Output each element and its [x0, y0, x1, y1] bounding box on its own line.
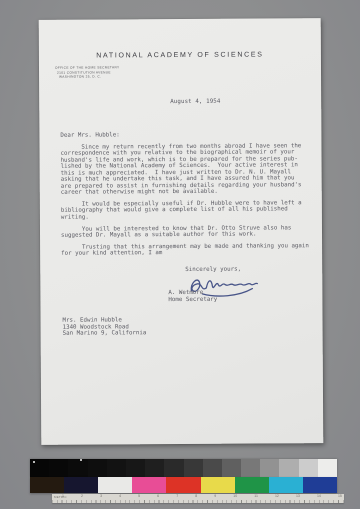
body-paragraph: Trusting that this arrangement may be ma…	[61, 243, 313, 258]
ruler-number: 15	[338, 494, 342, 498]
body-paragraph: You will be interested to know that Dr. …	[61, 225, 313, 240]
ruler-number: 1	[62, 494, 64, 498]
ruler-number: 8	[195, 494, 197, 498]
typed-signer-title: Home Secretary	[168, 297, 217, 303]
grayscale-step	[318, 459, 337, 477]
grayscale-step	[107, 459, 126, 477]
ruler-number: 5	[138, 494, 140, 498]
grayscale-step	[145, 459, 164, 477]
ruler-number: 11	[254, 494, 258, 498]
color-patch-white	[98, 477, 132, 493]
grayscale-calibration-bar	[30, 459, 337, 477]
color-patch-yellow	[201, 477, 235, 493]
ruler-ticks	[52, 500, 344, 503]
ruler-numbers: 123456789101112131415	[62, 494, 342, 498]
recipient-address: Mrs. Edwin Hubble1340 Woodstock RoadSan …	[63, 317, 147, 337]
letter-body: Dear Mrs. Hubble: Since my return recent…	[60, 131, 313, 262]
grayscale-step	[260, 459, 279, 477]
color-patch-blue	[303, 477, 337, 493]
ruler-strip: METRIC 123456789101112131415	[52, 494, 344, 503]
grayscale-step	[164, 459, 183, 477]
color-patch-magenta	[132, 477, 166, 493]
color-calibration-bar	[30, 477, 337, 493]
ruler-number: 4	[119, 494, 121, 498]
grayscale-step	[49, 459, 68, 477]
grayscale-step	[279, 459, 298, 477]
ruler-number: 12	[275, 494, 279, 498]
grayscale-step	[299, 459, 318, 477]
grayscale-step	[126, 459, 145, 477]
body-paragraph: It would be especially useful if Dr. Hub…	[61, 200, 313, 221]
ruler-number: 3	[100, 494, 102, 498]
ruler-number: 9	[214, 494, 216, 498]
dust-speck	[80, 459, 82, 461]
dust-speck	[33, 461, 35, 463]
grayscale-step	[68, 459, 87, 477]
salutation: Dear Mrs. Hubble:	[60, 131, 312, 139]
ruler-number: 14	[317, 494, 321, 498]
archival-scan: NATIONAL ACADEMY OF SCIENCES OFFICE OF T…	[0, 0, 360, 509]
office-address-line: WASHINGTON 25, D. C.	[55, 75, 120, 80]
typed-signer-name: A. Wetmore	[168, 290, 203, 296]
recipient-address-line: San Marino 9, California	[63, 330, 147, 337]
letterhead-title: NATIONAL ACADEMY OF SCIENCES	[39, 51, 321, 60]
ruler-number: 13	[296, 494, 300, 498]
grayscale-step	[222, 459, 241, 477]
letterhead-office-address: OFFICE OF THE HOME SECRETARY2101 CONSTIT…	[55, 65, 120, 79]
ruler-number: 6	[157, 494, 159, 498]
grayscale-step	[241, 459, 260, 477]
body-paragraphs: Since my return recently from two months…	[60, 143, 313, 258]
date-line: August 4, 1954	[170, 99, 220, 105]
ruler-number: 2	[81, 494, 83, 498]
body-paragraph: Since my return recently from two months…	[60, 143, 312, 197]
grayscale-step	[203, 459, 222, 477]
color-patch-red	[166, 477, 200, 493]
ruler-number: 10	[233, 494, 237, 498]
grayscale-step	[88, 459, 107, 477]
ruler-number: 7	[176, 494, 178, 498]
color-patch-cyan	[269, 477, 303, 493]
letter-paper: NATIONAL ACADEMY OF SCIENCES OFFICE OF T…	[39, 18, 324, 445]
grayscale-step	[184, 459, 203, 477]
color-patch-dark-brown	[30, 477, 64, 493]
color-patch-green	[235, 477, 269, 493]
color-patch-navy	[64, 477, 98, 493]
